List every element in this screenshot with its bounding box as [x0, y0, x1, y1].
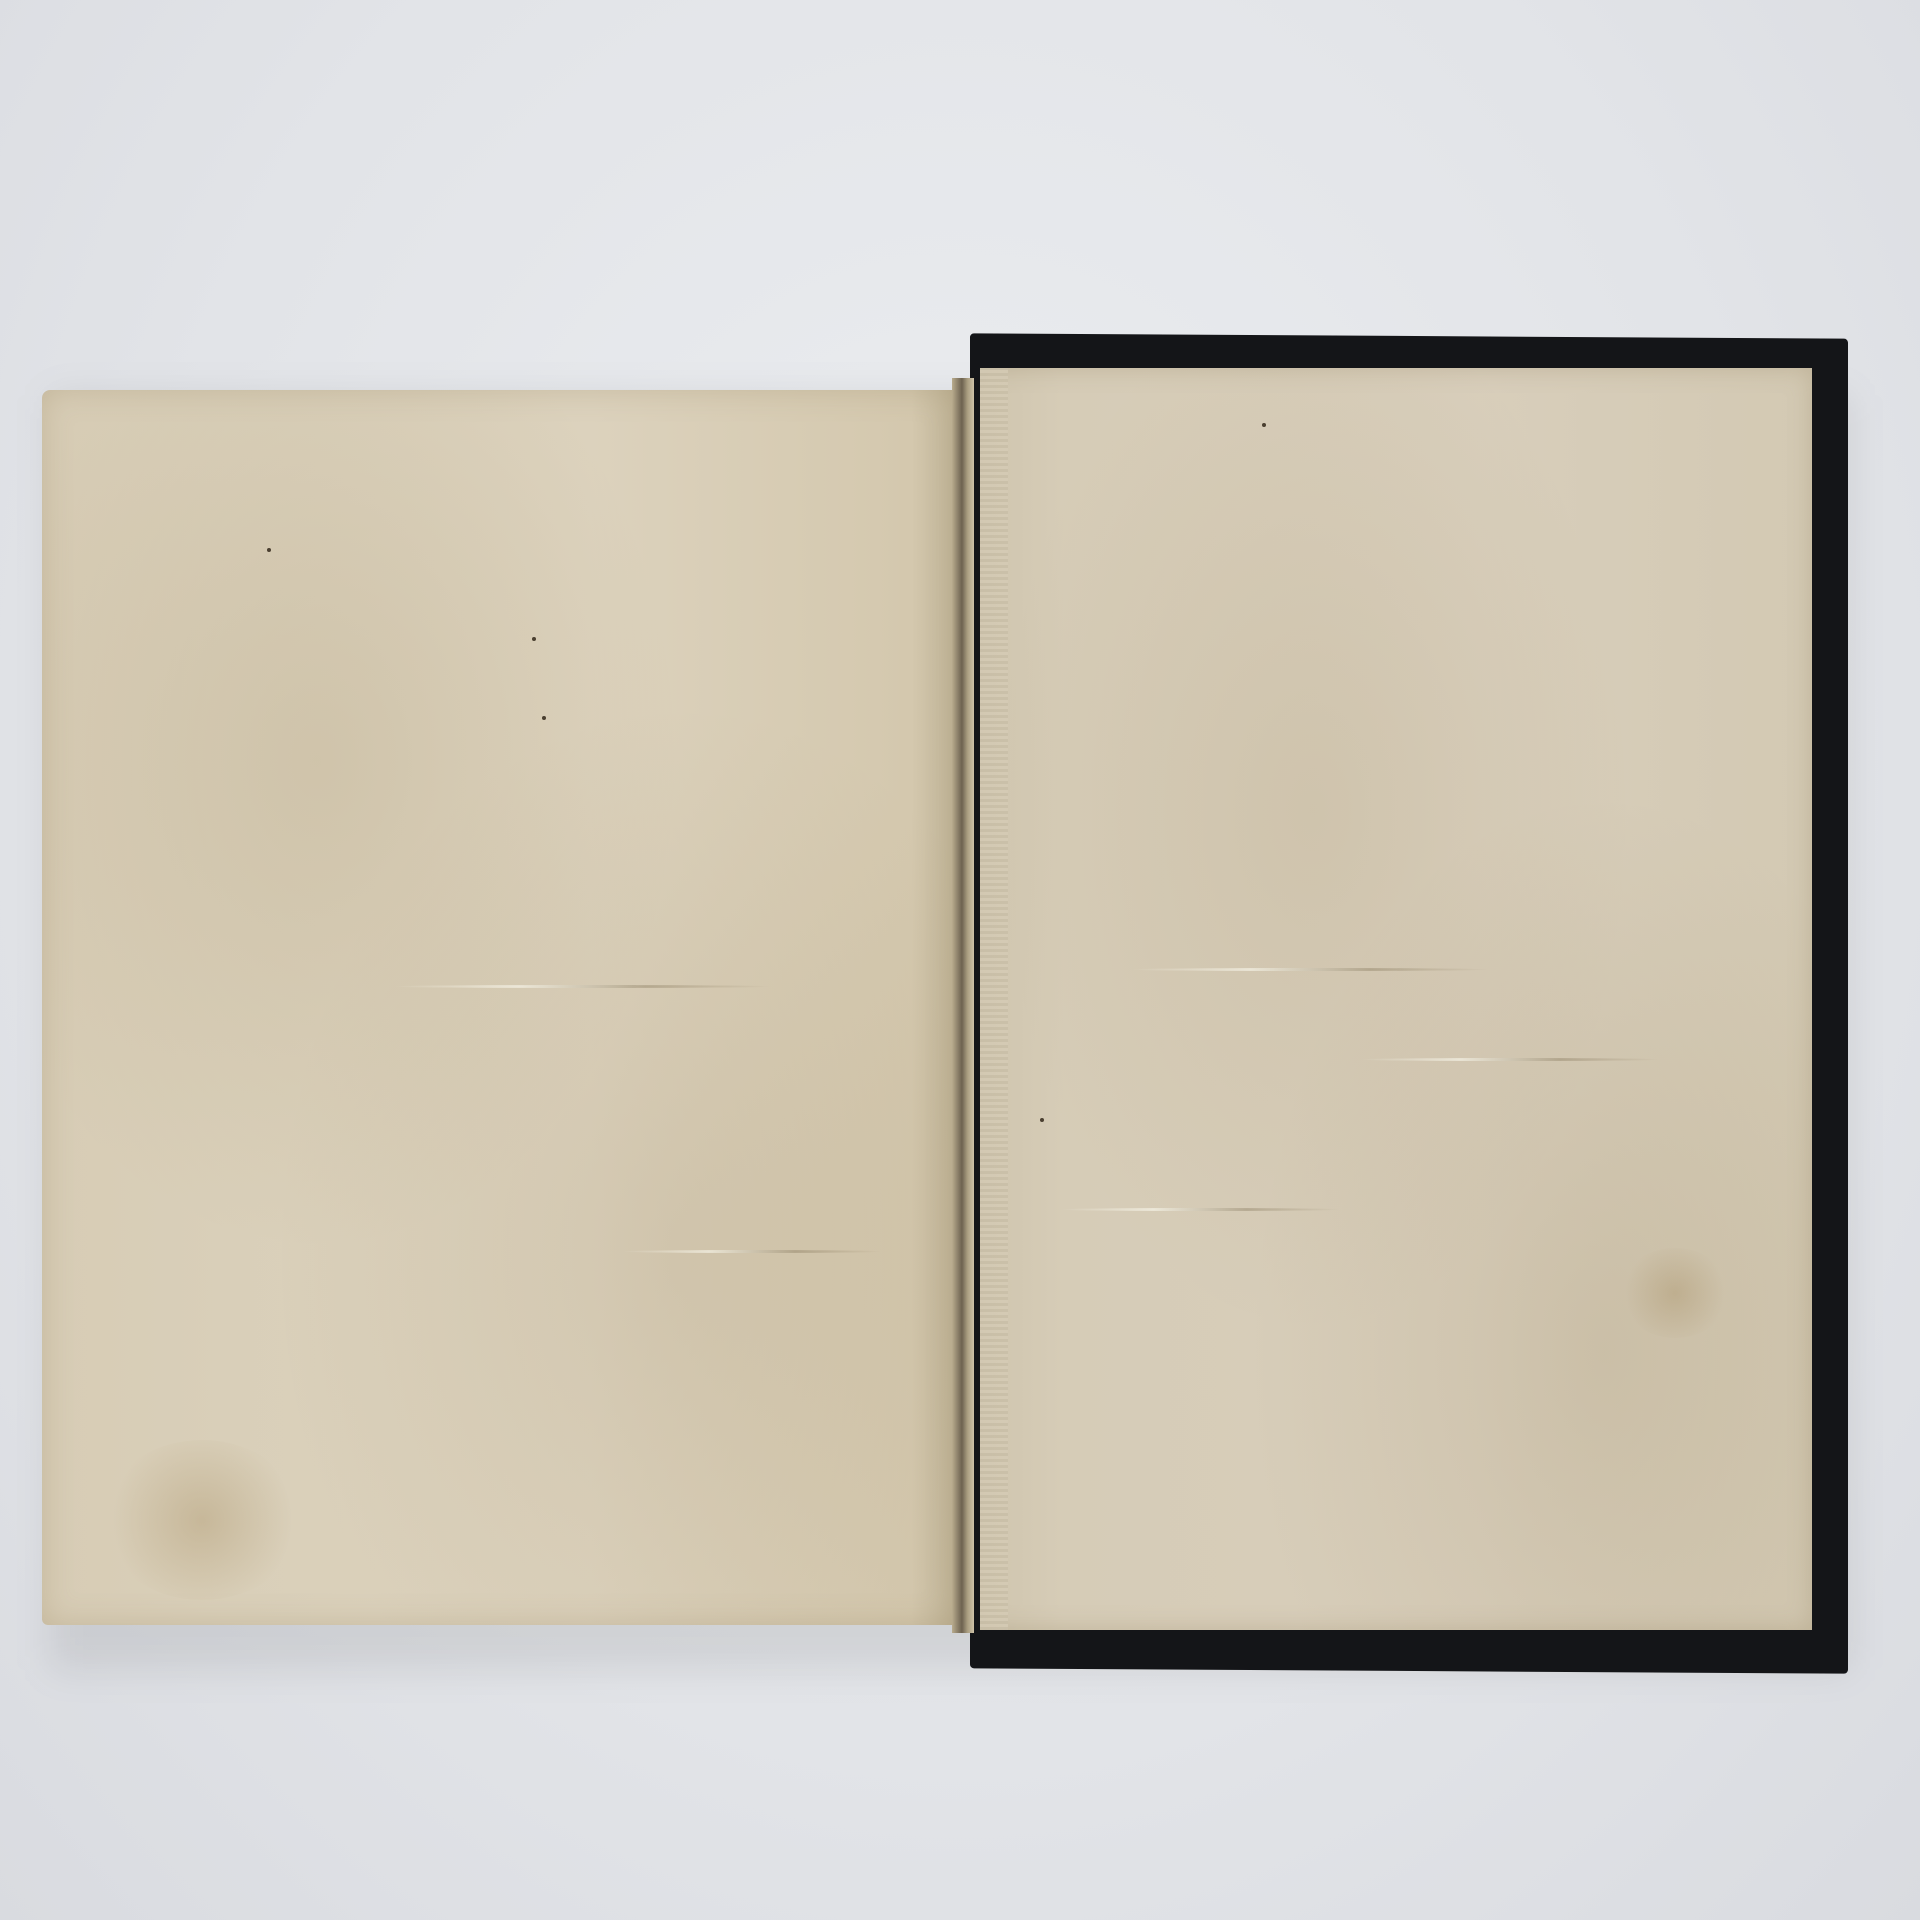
foxing-speck	[1040, 1118, 1044, 1122]
foxing-speck	[267, 548, 271, 552]
cloth-hinge-strip	[980, 368, 1008, 1630]
page-crease	[392, 985, 772, 988]
left-endpaper-page	[42, 390, 957, 1625]
foxing-speck	[1262, 423, 1266, 427]
page-crease	[1360, 1058, 1660, 1061]
foxing-stain	[1620, 1248, 1730, 1338]
page-crease	[1060, 1208, 1340, 1211]
book-gutter-spine	[952, 378, 974, 1633]
foxing-speck	[542, 716, 546, 720]
page-crease	[622, 1250, 882, 1253]
right-pastedown-page	[980, 368, 1812, 1630]
foxing-stain	[102, 1440, 302, 1600]
foxing-speck	[532, 637, 536, 641]
page-crease	[1130, 968, 1490, 971]
